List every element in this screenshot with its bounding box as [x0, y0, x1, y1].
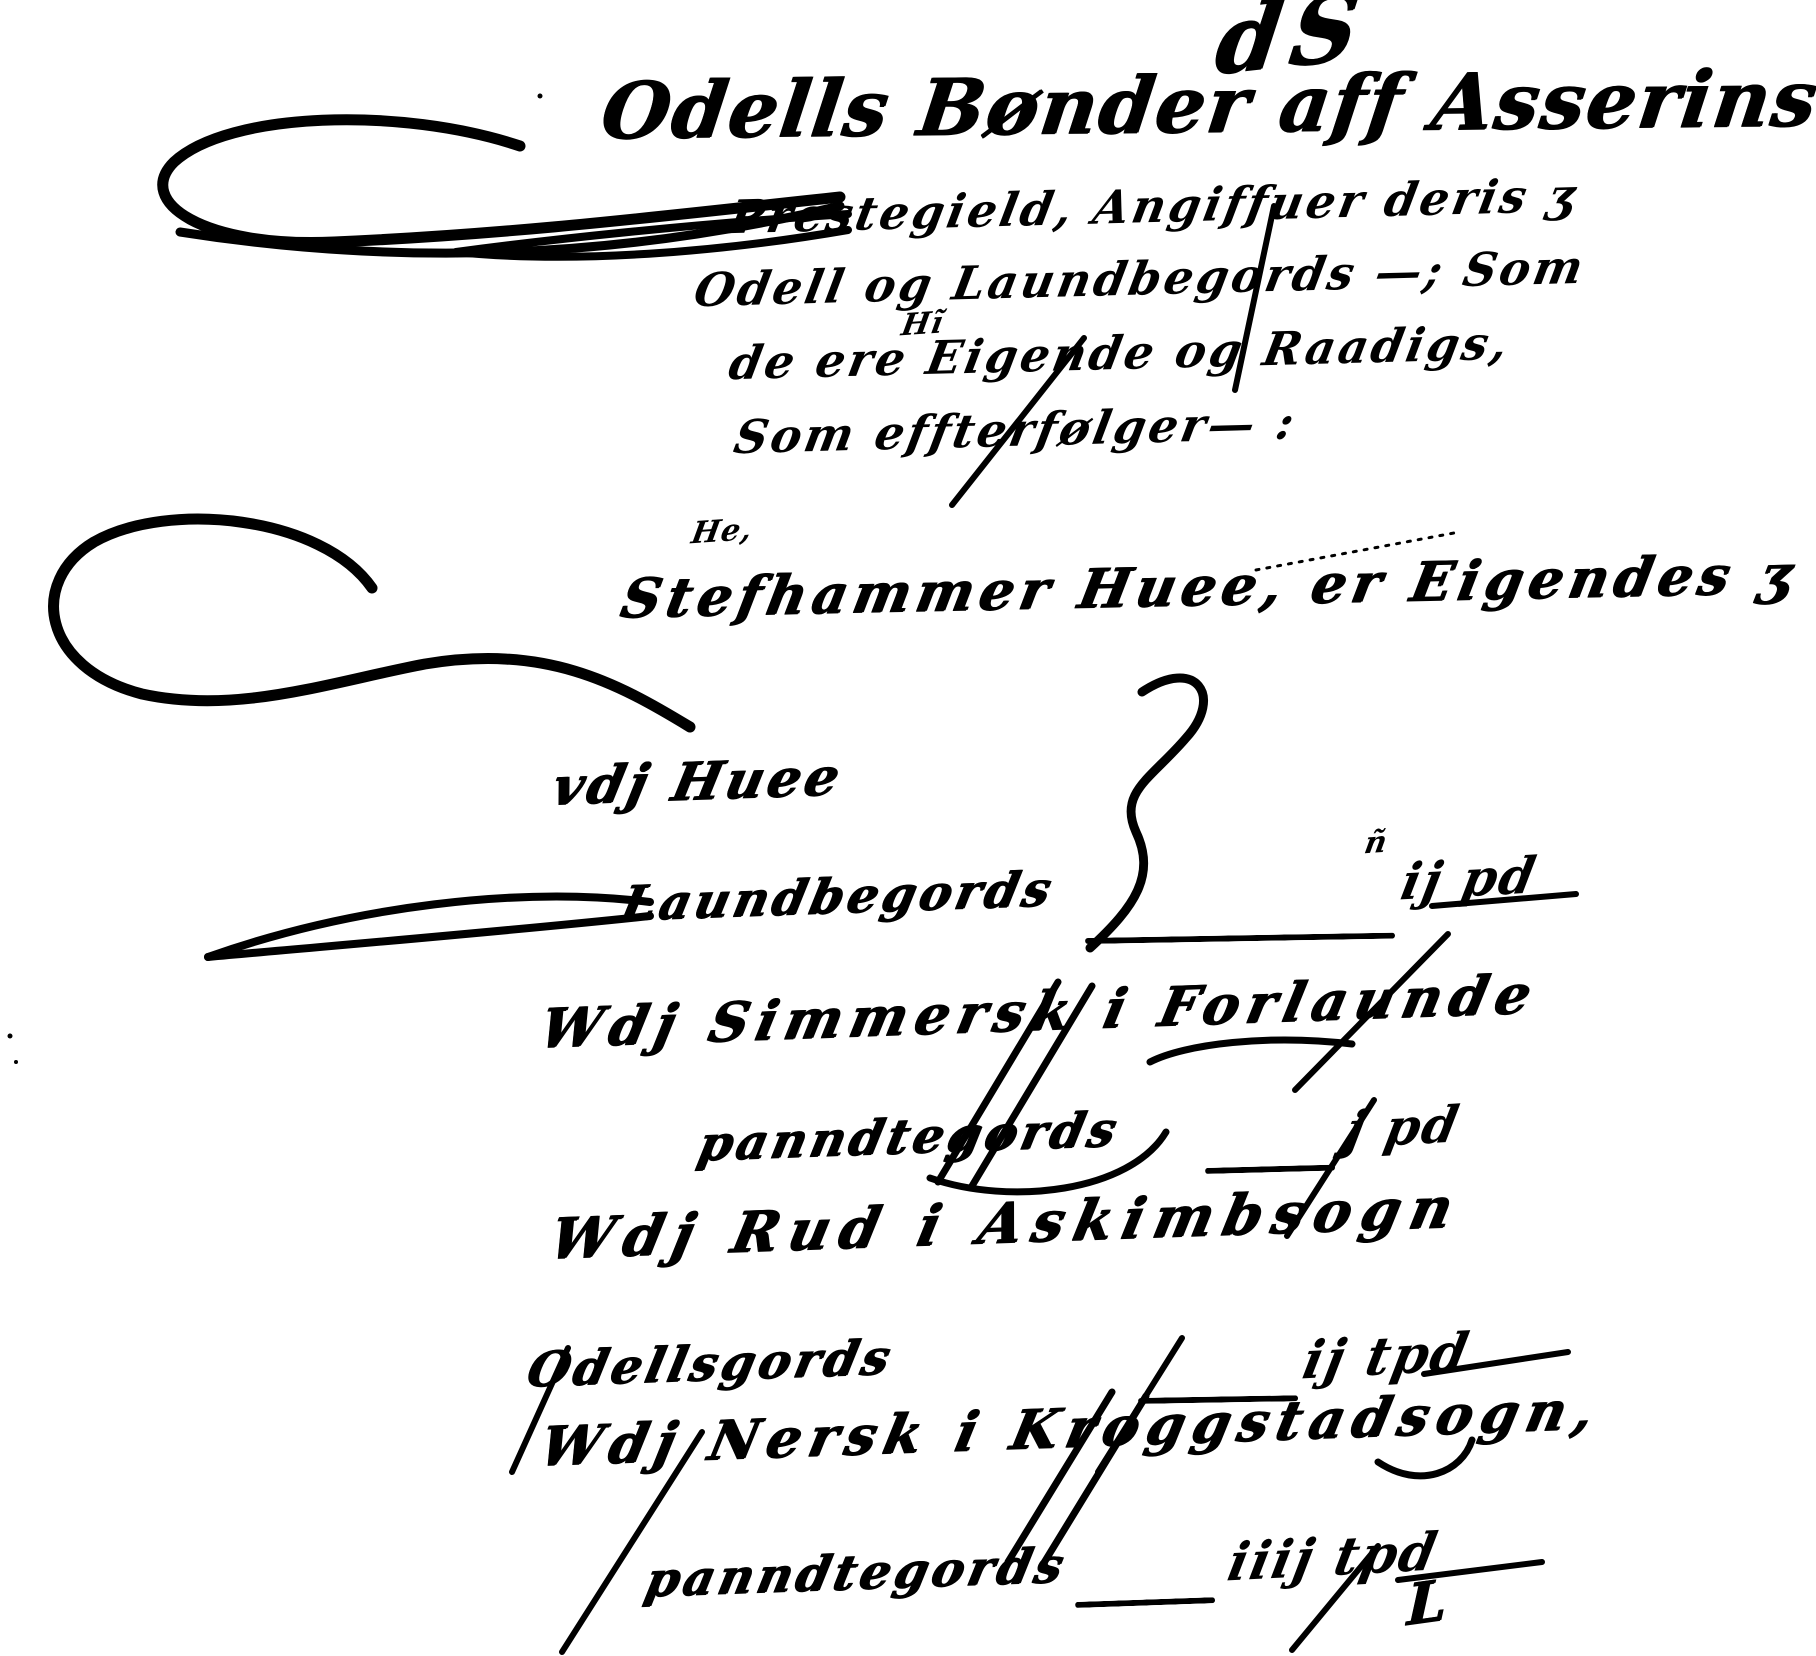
entry-1-text: Laundbegords — [616, 861, 1060, 933]
entry-7-dash-leader — [1075, 1597, 1215, 1608]
entry-3-value: j pd — [1340, 1094, 1465, 1160]
grand-left-flourish — [54, 519, 690, 727]
page-title: Odells Bønder aff Asserins — [596, 53, 1816, 157]
entry-3-dash-leader — [1205, 1165, 1335, 1174]
entry-0-text: vdj Huee — [547, 746, 849, 818]
entry-2-text: Wdj Simmersk i Forlaunde — [534, 961, 1544, 1060]
heading-subtitle-line-2: Odell og Laundbegords —; Som — [690, 240, 1590, 318]
entry-leaf-flourish — [208, 897, 650, 957]
heading-subtitle-line-4: Som effterfølger— : — [730, 395, 1302, 464]
heading-subtitle-line-1: Prestegield, Angiffuer deris ʒ — [725, 168, 1582, 244]
heading-subtitle-line-3: de ere Eigende og Raadigs, — [725, 316, 1515, 391]
owner-superscript-mark: He, — [689, 512, 756, 552]
end-mark: L — [1406, 1567, 1447, 1639]
entry-1-dash-leader — [1085, 933, 1395, 944]
entry-3-text: panndtegords — [693, 1101, 1125, 1172]
manuscript-page: dS Odells Bønder aff Asserins Prestegiel… — [0, 0, 1816, 1656]
value-1-superscript: ñ — [1362, 824, 1391, 861]
brace-flourish — [1090, 678, 1204, 948]
entry-5-text: Odellsgords — [522, 1329, 899, 1398]
entry-4-text: Wdj Rud i Askimbsogn — [544, 1174, 1468, 1272]
owner-line: Stefhammer Huee, er Eigendes ʒ — [616, 541, 1803, 630]
entry-7-text: panndtegords — [640, 1537, 1072, 1608]
entry-5-value: ij tpd — [1298, 1321, 1475, 1391]
entry-1-value: ij pd — [1396, 845, 1542, 912]
